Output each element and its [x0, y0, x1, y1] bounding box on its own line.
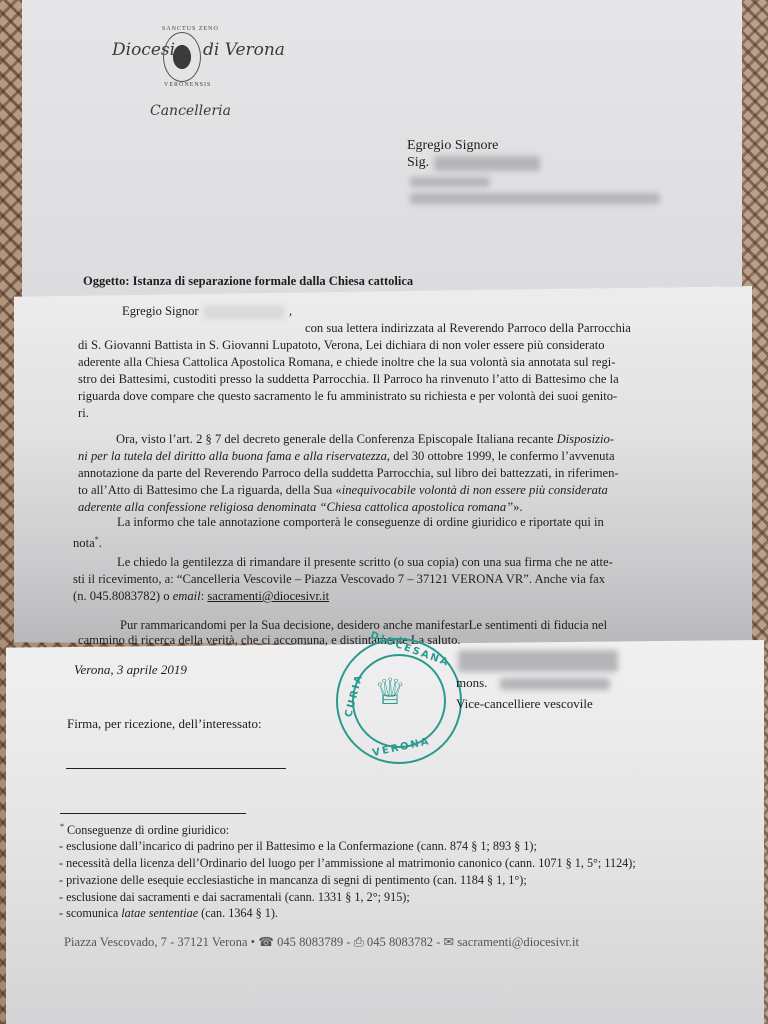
signatory-role: Vice-cancelliere vescovile: [456, 696, 593, 712]
signature-title: mons.: [456, 675, 487, 691]
p1-line-1: con sua lettera indirizzata al Reverendo…: [305, 321, 631, 336]
fax-icon: ⎙: [354, 935, 364, 949]
p1-line-6: ri.: [78, 406, 89, 421]
diocese-seal-icon: [163, 32, 201, 82]
p1-line-3: aderente alla Chiesa Cattolica Apostolic…: [78, 355, 616, 370]
recipient-salutation: Egregio Signore: [407, 138, 498, 154]
p2-line-3: annotazione da parte del Reverendo Parro…: [78, 466, 619, 481]
redacted-signature: [458, 650, 618, 672]
footnote-item: - necessità della licenza dell’Ordinario…: [59, 856, 636, 871]
greeting-comma: ,: [289, 304, 292, 319]
footer-phone: 045 8083789 -: [277, 935, 350, 949]
redacted-recipient-name: [434, 156, 540, 171]
p2-l5-italic: aderente alla confessione religiosa deno…: [78, 500, 513, 514]
footer-contacts: Piazza Vescovado, 7 - 37121 Verona • ☎ 0…: [64, 934, 579, 950]
telephone-icon: ☎: [258, 935, 274, 949]
redacted-address-line-1: [410, 177, 490, 187]
p4-line-3: (n. 045.8083782) o email: sacramenti@dio…: [73, 589, 329, 604]
footnote-title-mark: *: [60, 822, 64, 831]
p2-l2-italic: ni per la tutela del diritto alla buona …: [78, 449, 387, 463]
p2-l1-italic: Disposizio-: [557, 432, 614, 446]
footnote-last-a: - scomunica: [59, 906, 121, 920]
redacted-signatory-name: [500, 678, 610, 690]
email-link[interactable]: sacramenti@diocesivr.it: [207, 589, 329, 603]
place-date: Verona, 3 aprile 2019: [74, 662, 187, 678]
diocese-name-right: di Verona: [203, 40, 285, 60]
footer-address: Piazza Vescovado, 7 - 37121 Verona •: [64, 935, 255, 949]
p2-l2-text: , del 30 ottobre 1999, le confermo l’avv…: [387, 449, 615, 463]
p2-l4-italic: inequivocabile volontà di non essere più…: [342, 483, 608, 497]
p3-line-2: nota*.: [73, 535, 102, 551]
mitre-crossed-keys-icon: ♕: [374, 674, 406, 710]
p5-line-1: Pur rammaricandomi per la Sua decisione,…: [120, 618, 607, 633]
seal-bottom-text: VERONENSIS: [164, 82, 211, 88]
p2-l4-text: to all’Atto di Battesimo che La riguarda…: [78, 483, 342, 497]
footnote-mark: *: [95, 535, 99, 544]
footnote-item: - esclusione dai sacramenti e dai sacram…: [59, 890, 410, 905]
seal-top-text: SANCTUS ZENO: [162, 26, 219, 32]
p4-email-label: email: [173, 589, 201, 603]
footer-email[interactable]: sacramenti@diocesivr.it: [457, 935, 579, 949]
email-icon: ✉: [444, 935, 455, 949]
p2-line-2: ni per la tutela del diritto alla buona …: [78, 449, 615, 464]
footnote-title: * Conseguenze di ordine giuridico:: [60, 822, 229, 838]
receipt-label: Firma, per ricezione, dell’interessato:: [67, 716, 262, 732]
redacted-address-line-2: [410, 193, 660, 204]
p2-l1-text: Ora, visto l’art. 2 § 7 del decreto gene…: [116, 432, 557, 446]
p1-line-4: stro dei Battesimi, custoditi presso la …: [78, 372, 619, 387]
receipt-signature-line[interactable]: [66, 768, 286, 769]
p1-line-2: di S. Giovanni Battista in S. Giovanni L…: [78, 338, 605, 353]
p2-l5-text: ».: [513, 500, 522, 514]
office-name: Cancelleria: [150, 103, 231, 119]
footnote-item: - privazione delle esequie ecclesiastich…: [59, 873, 527, 888]
p4-line-1: Le chiedo la gentilezza di rimandare il …: [117, 555, 613, 570]
footnote-title-text: Conseguenze di ordine giuridico:: [67, 823, 229, 837]
p2-line-5: aderente alla confessione religiosa deno…: [78, 500, 523, 515]
p3-nota: nota: [73, 536, 95, 550]
p4-line-2: sti il ricevimento, a: “Cancelleria Vesc…: [73, 572, 605, 587]
footnote-item-last: - scomunica latae sententiae (can. 1364 …: [59, 906, 278, 921]
greeting: Egregio Signor: [122, 304, 199, 319]
recipient-name-prefix: Sig.: [407, 155, 429, 171]
footer-fax: 045 8083782 -: [367, 935, 440, 949]
redacted-greeting-name: [203, 305, 285, 319]
footnote-item: - esclusione dall’incarico di padrino pe…: [59, 839, 537, 854]
p2-line-1: Ora, visto l’art. 2 § 7 del decreto gene…: [116, 432, 614, 447]
footnote-last-italic: latae sententiae: [121, 906, 198, 920]
p3-line-1: La informo che tale annotazione comporte…: [117, 515, 604, 530]
subject-line: Oggetto: Istanza di separazione formale …: [83, 274, 413, 289]
footnote-last-c: (can. 1364 § 1).: [198, 906, 278, 920]
footnote-separator: [60, 813, 246, 814]
curia-stamp: DIOCESANA CURIA VERONA ♕: [336, 638, 462, 764]
p4-l3-text: (n. 045.8083782) o: [73, 589, 173, 603]
p2-line-4: to all’Atto di Battesimo che La riguarda…: [78, 483, 608, 498]
p1-line-5: riguarda dove compare che questo sacrame…: [78, 389, 617, 404]
